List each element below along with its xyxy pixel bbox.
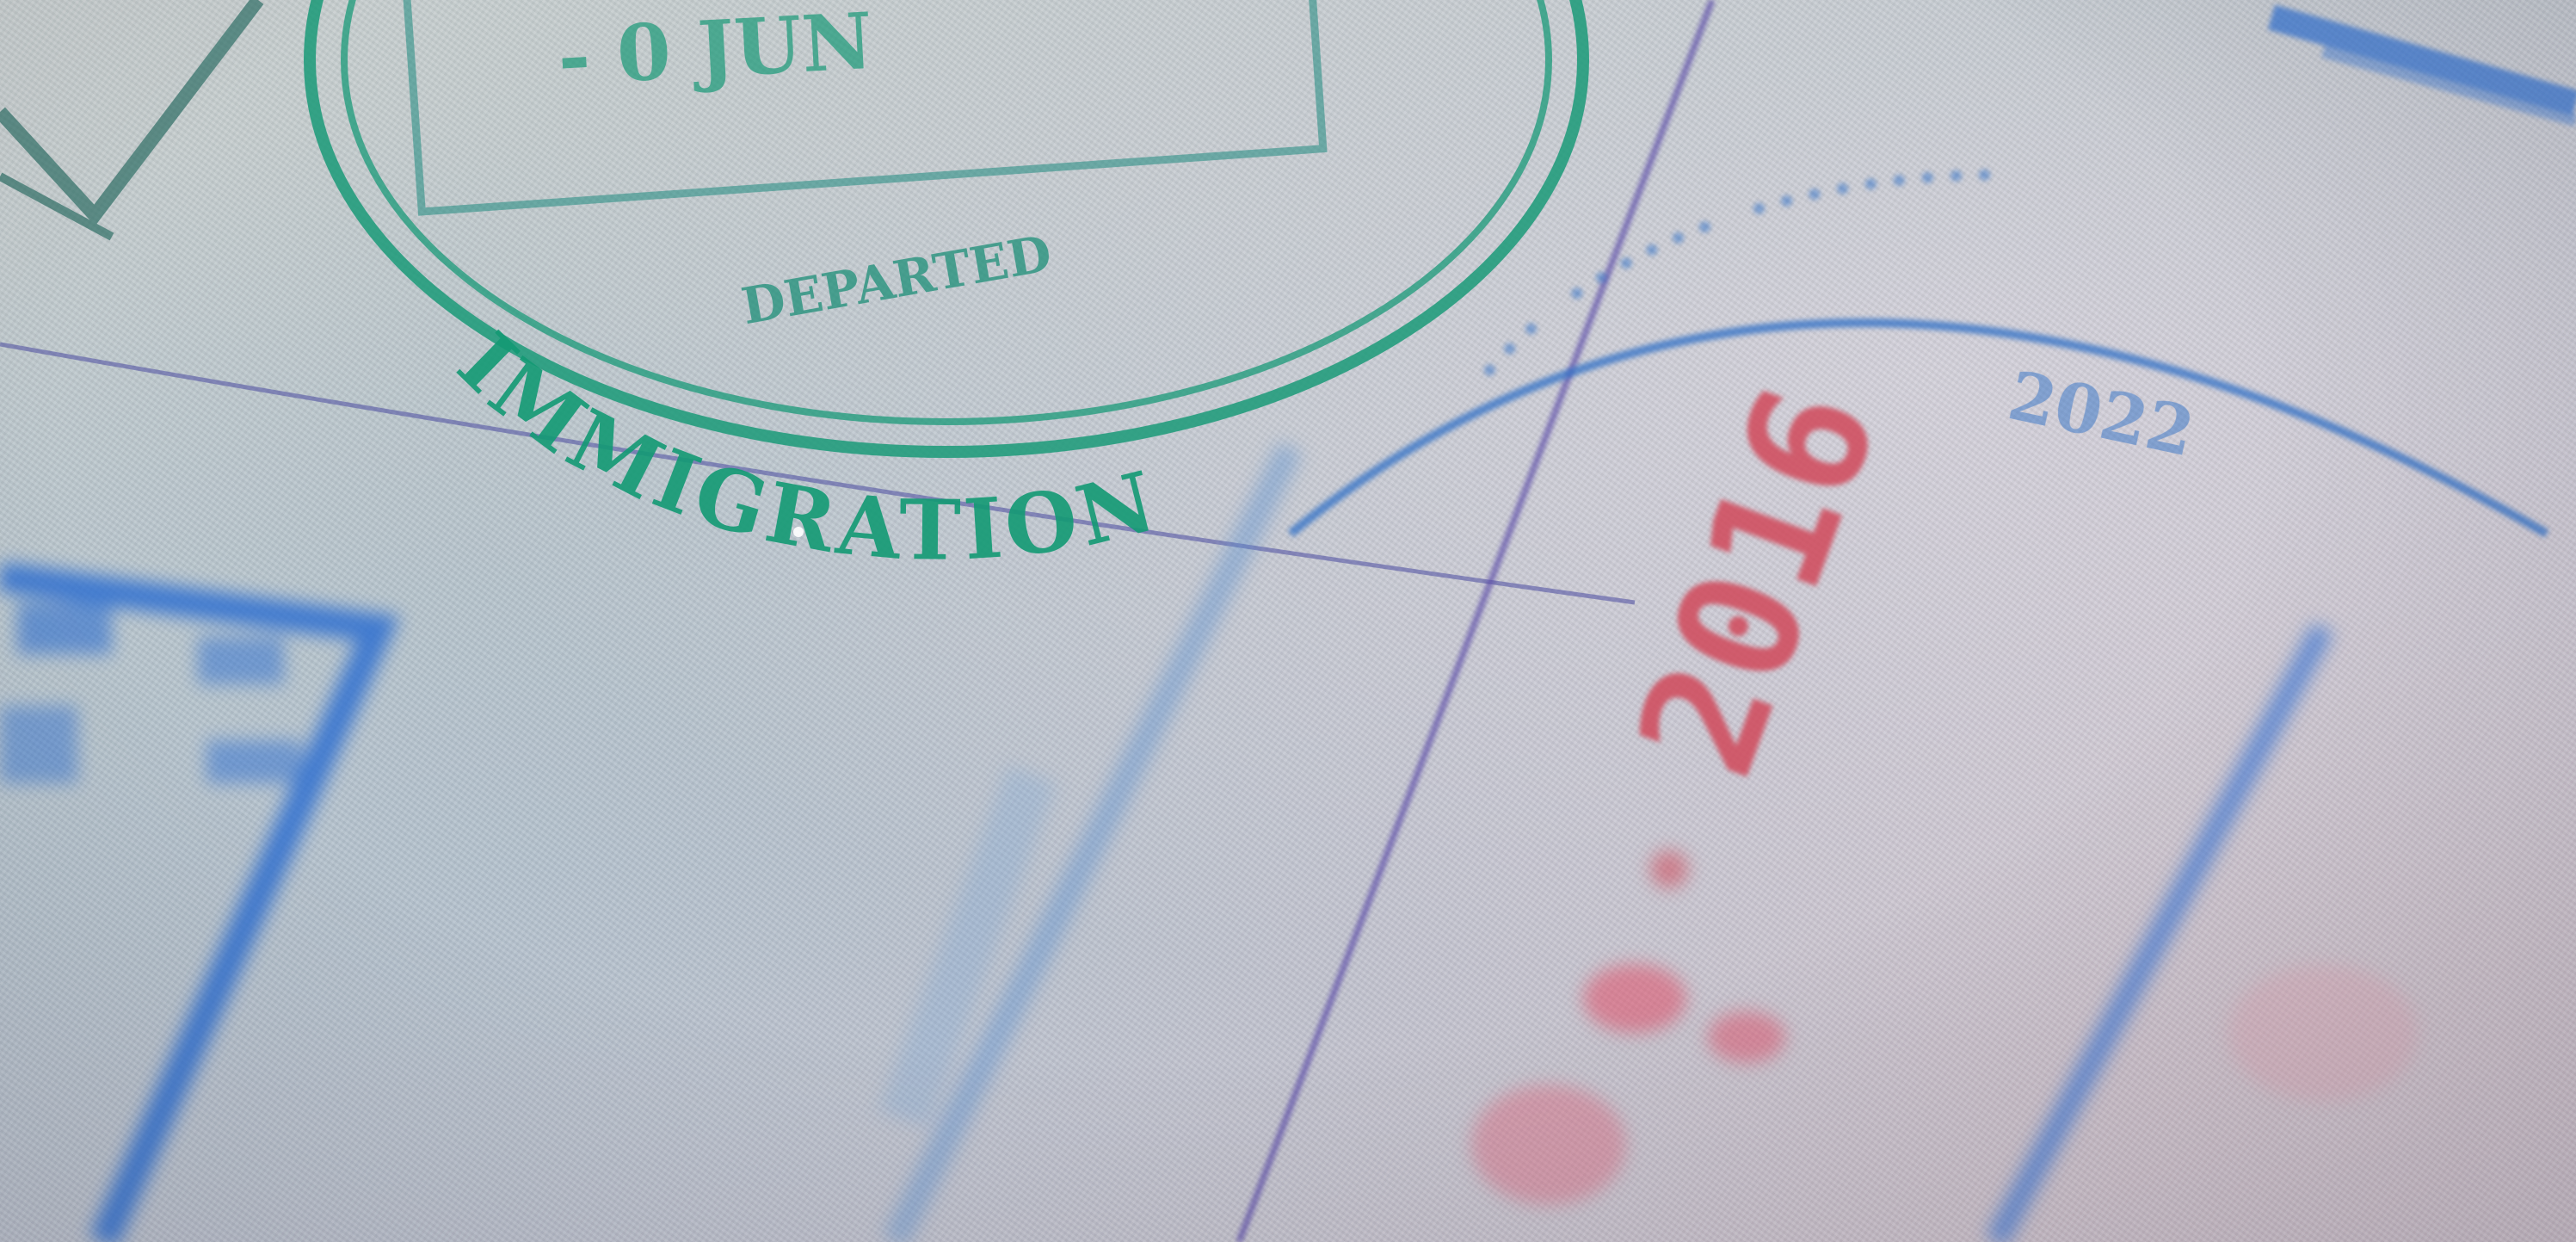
red-stamp-blur [1471,850,2418,1205]
pen-stroke [1239,0,1712,1242]
speck [793,527,804,537]
green-immigration-stamp: - 0 JUN DEPARTED IMMIGRATION [310,0,1583,579]
red-year-stamp: 2016 [1601,363,1914,799]
red-stamp-year: 2016 [1601,363,1914,799]
blue-left-stamp [0,577,379,1242]
green-stamp-status: DEPARTED [737,224,1056,336]
corner-stamp [0,0,258,237]
blue-arc-stamp: ··· ······ ········· 2022 [1291,139,2547,534]
passport-photo: - 0 JUN DEPARTED IMMIGRATION ··· ······ … [0,0,2576,1242]
blue-top-right-stamp [2271,17,2576,120]
blue-stamp-arc-text: ··· ······ ········· [1456,139,2002,401]
stamps-layer: - 0 JUN DEPARTED IMMIGRATION ··· ······ … [0,0,2576,1242]
green-stamp-date: - 0 JUN [556,0,875,103]
